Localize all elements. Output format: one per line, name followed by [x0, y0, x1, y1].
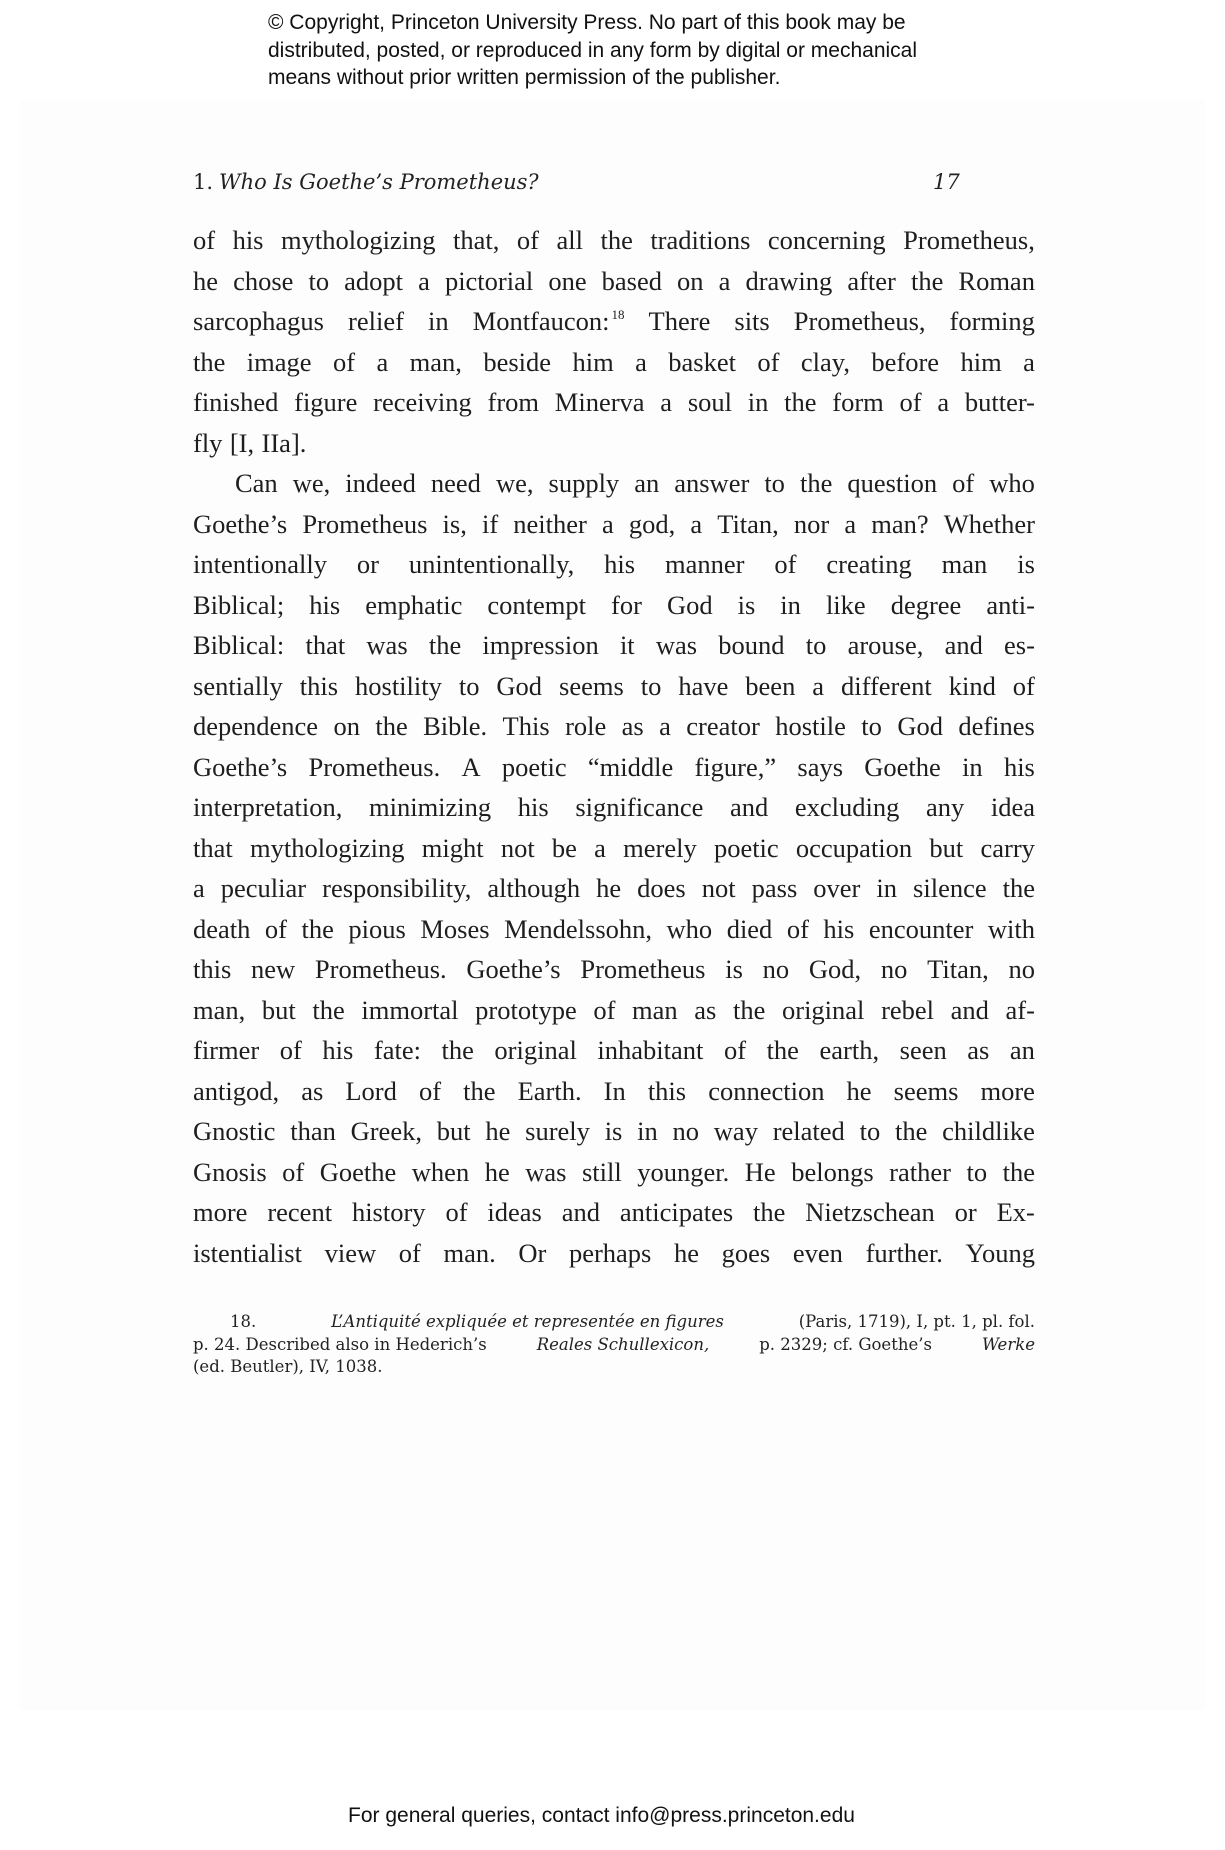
word: we,	[293, 463, 331, 504]
word: in	[780, 585, 801, 626]
word: rebel	[881, 990, 934, 1031]
word: his	[233, 220, 264, 261]
word: bound	[718, 625, 784, 666]
word: inhabitant	[597, 1030, 703, 1071]
word: “middle	[588, 747, 673, 788]
word: of	[280, 1030, 302, 1071]
word: es-	[1004, 625, 1035, 666]
word: istentialist	[193, 1233, 302, 1274]
word: is	[738, 585, 756, 626]
word: Prometheus.	[308, 747, 440, 788]
page-number: 17	[933, 170, 960, 194]
word: was	[366, 625, 407, 666]
word: of	[193, 220, 215, 261]
word: he	[485, 1111, 510, 1152]
word: of	[445, 1192, 467, 1233]
word: as	[967, 1030, 989, 1071]
word: Moses	[420, 909, 489, 950]
text-line: dependenceontheBible.Thisroleasacreatorh…	[193, 706, 1035, 747]
contact-footer: For general queries, contact info@press.…	[348, 1803, 888, 1829]
word: Titan,	[927, 949, 989, 990]
word: question	[847, 463, 937, 504]
word: Biblical:	[193, 625, 284, 666]
text-line: intentionallyorunintentionally,hismanner…	[193, 544, 1035, 585]
word: hostile	[775, 706, 846, 747]
word: of	[787, 909, 809, 950]
word: based	[602, 261, 662, 302]
word: pass	[752, 868, 798, 909]
word: role	[565, 706, 606, 747]
word: a	[660, 382, 672, 423]
word: Can	[235, 463, 278, 504]
word: the	[429, 625, 461, 666]
word: view	[325, 1233, 377, 1274]
word: figure,”	[694, 747, 776, 788]
word: the	[1003, 1152, 1035, 1193]
word: but	[929, 828, 963, 869]
word: God,	[809, 949, 861, 990]
word: Goethe	[320, 1152, 397, 1193]
footnote-line: (ed. Beutler), IV, 1038.	[193, 1356, 1035, 1379]
word: fly	[193, 423, 222, 464]
word: the	[442, 1030, 474, 1071]
word: as	[694, 990, 716, 1031]
body-text: ofhismythologizingthat,ofallthetradition…	[193, 220, 1035, 1273]
chapter-number: 1.	[193, 170, 213, 194]
word: after	[847, 261, 896, 302]
word: Prometheus	[302, 504, 427, 545]
word: of	[282, 1152, 304, 1193]
word: carry	[980, 828, 1034, 869]
word: contempt	[487, 585, 586, 626]
word: is,	[443, 504, 467, 545]
word: died	[727, 909, 773, 950]
word: from	[488, 382, 540, 423]
word: drawing	[745, 261, 832, 302]
word: that	[193, 828, 233, 869]
word: form	[832, 382, 884, 423]
text-line: Biblical;hisemphaticcontemptforGodisinli…	[193, 585, 1035, 626]
word: degree	[891, 585, 962, 626]
word: was	[656, 625, 697, 666]
word: in	[962, 747, 983, 788]
word: on	[333, 706, 360, 747]
text-line-with-footnote-ref: sarcophagusreliefinMontfaucon:18Theresit…	[193, 301, 1035, 342]
word: man?	[871, 504, 928, 545]
word: an	[1010, 1030, 1035, 1071]
word: arouse,	[848, 625, 924, 666]
word: sits	[734, 301, 769, 342]
copyright-line: distributed, posted, or reproduced in an…	[268, 37, 988, 65]
word: and	[951, 990, 989, 1031]
word: basket	[668, 342, 736, 383]
word: He	[745, 1152, 776, 1193]
word: beside	[483, 342, 551, 383]
word: of	[265, 909, 287, 950]
word: af-	[1006, 990, 1035, 1031]
word: Nietzschean	[805, 1192, 935, 1233]
word: Mendelssohn,	[504, 909, 652, 950]
word: it	[620, 625, 635, 666]
word: a	[418, 261, 430, 302]
word: Prometheus	[580, 949, 705, 990]
word: forming	[950, 301, 1035, 342]
word: perhaps	[569, 1233, 651, 1274]
word: of	[517, 220, 539, 261]
word: history	[352, 1192, 426, 1233]
word: new	[251, 949, 295, 990]
text-line: finishedfigurereceivingfromMinervaasouli…	[193, 382, 1035, 423]
word: pictorial	[445, 261, 533, 302]
word: Prometheus.	[315, 949, 447, 990]
word: peculiar	[221, 868, 306, 909]
text-line: antigod,asLordoftheEarth.Inthisconnectio…	[193, 1071, 1035, 1112]
word: more	[193, 1192, 247, 1233]
footnote-text: (ed. Beutler), IV, 1038.	[193, 1356, 383, 1379]
footnote-number: 18.	[230, 1311, 256, 1334]
word: Ex-	[997, 1192, 1035, 1233]
word: merely	[623, 828, 697, 869]
word: the	[1003, 868, 1035, 909]
word: his	[823, 909, 854, 950]
word: encounter	[869, 909, 973, 950]
word: IIa].	[262, 423, 307, 464]
word: was	[525, 1152, 566, 1193]
word: as	[622, 706, 644, 747]
text-line: thatmythologizingmightnotbeamerelypoetic…	[193, 828, 1035, 869]
word: him	[961, 342, 1002, 383]
word: he	[596, 868, 621, 909]
word: supply	[549, 463, 620, 504]
footnote-title: Werke	[982, 1334, 1035, 1357]
word: the	[767, 1030, 799, 1071]
word: man	[942, 544, 988, 585]
word: have	[678, 666, 728, 707]
word: and	[945, 625, 983, 666]
word: does	[637, 868, 686, 909]
running-head: 1.Who Is Goethe’s Prometheus? 17	[193, 170, 1035, 204]
word: in	[748, 382, 769, 423]
word: of	[900, 382, 922, 423]
word: sentially	[193, 666, 283, 707]
footnote-title: Reales Schullexicon,	[537, 1334, 710, 1357]
word: in	[428, 301, 449, 342]
word: immortal	[361, 990, 458, 1031]
text-line: Biblical:thatwastheimpressionitwasboundt…	[193, 625, 1035, 666]
word: might	[422, 828, 484, 869]
text-line: hechosetoadoptapictorialonebasedonadrawi…	[193, 261, 1035, 302]
word: This	[503, 706, 550, 747]
word: Gnosis	[193, 1152, 267, 1193]
word: indeed	[345, 463, 416, 504]
word: the	[753, 1192, 785, 1233]
word: a	[844, 504, 856, 545]
word: Titan,	[717, 504, 779, 545]
word: idea	[991, 787, 1035, 828]
word: this	[300, 666, 338, 707]
text-line: thisnewPrometheus.Goethe’sPrometheusisno…	[193, 949, 1035, 990]
word: clay,	[801, 342, 850, 383]
word: original	[782, 990, 864, 1031]
word: a	[690, 504, 702, 545]
word: to	[861, 706, 882, 747]
word: for	[611, 585, 642, 626]
word: creating	[826, 544, 911, 585]
copyright-line: means without prior written permission o…	[268, 64, 988, 92]
word: of	[952, 463, 974, 504]
word: excluding	[795, 787, 900, 828]
word: chose	[233, 261, 293, 302]
word: the	[312, 990, 344, 1031]
word: one	[548, 261, 586, 302]
word: a	[937, 382, 949, 423]
footnote-text: p. 24. Described also in Hederich’s	[193, 1334, 487, 1357]
word: his	[604, 544, 635, 585]
word: interpretation,	[193, 787, 342, 828]
word: to	[966, 1152, 987, 1193]
word: goes	[722, 1233, 771, 1274]
word: a	[602, 504, 614, 545]
word: the	[895, 1111, 927, 1152]
word: prototype	[475, 990, 577, 1031]
word: In	[604, 1071, 626, 1112]
text-line: morerecenthistoryofideasandanticipatesth…	[193, 1192, 1035, 1233]
chapter-title: Who Is Goethe’s Prometheus?	[219, 170, 539, 194]
word: image	[247, 342, 312, 383]
word: no	[763, 949, 790, 990]
word: Minerva	[555, 382, 645, 423]
word: when	[412, 1152, 469, 1193]
word: childlike	[942, 1111, 1035, 1152]
word: responsibility,	[322, 868, 471, 909]
word: this	[193, 949, 231, 990]
word: of	[593, 990, 615, 1031]
word: finished	[193, 382, 278, 423]
word: a	[1023, 342, 1035, 383]
word: There	[649, 301, 711, 342]
word: Goethe’s	[193, 747, 287, 788]
word: Whether	[944, 504, 1035, 545]
footnote-line: 18. L’Antiquité expliquée et representée…	[193, 1311, 1035, 1334]
word: even	[793, 1233, 843, 1274]
word: rather	[889, 1152, 951, 1193]
word: defines	[958, 706, 1035, 747]
word: God	[667, 585, 713, 626]
word: a	[659, 706, 671, 747]
word: than	[290, 1111, 336, 1152]
word: a	[812, 666, 824, 707]
word: earth,	[819, 1030, 879, 1071]
word: different	[841, 666, 932, 707]
word: pious	[348, 909, 405, 950]
word: Greek,	[351, 1111, 422, 1152]
word: Prometheus,	[903, 220, 1035, 261]
word: the	[800, 463, 832, 504]
word: man.	[443, 1233, 495, 1274]
word: further.	[866, 1233, 943, 1274]
word: but	[262, 990, 296, 1031]
word: original	[494, 1030, 576, 1071]
word: sarcophagus	[193, 301, 324, 342]
word: death	[193, 909, 250, 950]
word: his	[322, 1030, 353, 1071]
text-line: GnosticthanGreek,buthesurelyisinnowayrel…	[193, 1111, 1035, 1152]
word: Lord	[345, 1071, 397, 1112]
word: Goethe’s	[466, 949, 560, 990]
word: seems	[894, 1071, 959, 1112]
word: the	[784, 382, 816, 423]
word: of	[419, 1071, 441, 1112]
word: surely	[525, 1111, 590, 1152]
word: he	[674, 1233, 699, 1274]
word: Gnostic	[193, 1111, 275, 1152]
word: he	[847, 1071, 872, 1112]
text-line: Goethe’sPrometheusis,ifneitheragod,aTita…	[193, 504, 1035, 545]
text-line: firmerofhisfate:theoriginalinhabitantoft…	[193, 1030, 1035, 1071]
word: man,	[410, 342, 462, 383]
word: Or	[518, 1233, 546, 1274]
word: he	[193, 261, 218, 302]
word: minimizing	[369, 787, 491, 828]
word: to	[641, 666, 662, 707]
word: the	[193, 342, 225, 383]
word: his	[518, 787, 549, 828]
word: receiving	[373, 382, 472, 423]
word: a	[193, 868, 205, 909]
word: [I,	[230, 423, 254, 464]
word: in	[637, 1111, 658, 1152]
word: Goethe’s	[193, 504, 287, 545]
word: answer	[674, 463, 749, 504]
word: traditions	[650, 220, 750, 261]
word: the	[911, 261, 943, 302]
word: man	[632, 990, 678, 1031]
word: younger.	[637, 1152, 729, 1193]
word: Earth.	[518, 1071, 582, 1112]
word: god,	[629, 504, 675, 545]
word: is	[1017, 544, 1035, 585]
word: his	[1004, 747, 1035, 788]
word: seems	[559, 666, 624, 707]
word: that,	[453, 220, 499, 261]
word: if	[482, 504, 498, 545]
word: an	[634, 463, 659, 504]
word: no	[673, 1111, 700, 1152]
word: although	[487, 868, 580, 909]
word: but	[437, 1111, 471, 1152]
word: or	[955, 1192, 977, 1233]
word: anti-	[986, 585, 1035, 626]
word: the	[463, 1071, 495, 1112]
word: seen	[900, 1030, 947, 1071]
word: not	[501, 828, 535, 869]
word: we,	[496, 463, 534, 504]
word: butter-	[965, 382, 1035, 423]
word: of	[399, 1233, 421, 1274]
word: to	[459, 666, 480, 707]
word: poetic	[502, 747, 567, 788]
word: says	[797, 747, 843, 788]
word: man,	[193, 990, 245, 1031]
word: any	[926, 787, 964, 828]
footnote-reference[interactable]: 18	[612, 307, 625, 322]
word: belongs	[791, 1152, 873, 1193]
word: kind	[949, 666, 996, 707]
word: to	[860, 1111, 881, 1152]
word: Roman	[958, 261, 1035, 302]
word: the	[302, 909, 334, 950]
word: in	[876, 868, 897, 909]
word: Bible.	[423, 706, 487, 747]
word: Biblical;	[193, 585, 284, 626]
word: creator	[686, 706, 760, 747]
word: manner	[665, 544, 744, 585]
word: relief	[348, 301, 404, 342]
footnotes: 18. L’Antiquité expliquée et representée…	[193, 1311, 1035, 1379]
word: recent	[267, 1192, 332, 1233]
word: of	[1013, 666, 1035, 707]
word: like	[826, 585, 866, 626]
word: significance	[575, 787, 703, 828]
text-line: Goethe’sPrometheus.Apoetic“middlefigure,…	[193, 747, 1035, 788]
word: no	[1008, 949, 1035, 990]
word: Goethe	[864, 747, 941, 788]
word: is	[725, 949, 743, 990]
word: nor	[794, 504, 829, 545]
word: A	[461, 747, 480, 788]
word: him	[572, 342, 613, 383]
word: Montfaucon:18	[473, 301, 625, 342]
footnote-title: L’Antiquité expliquée et representée en …	[331, 1311, 724, 1334]
word: the	[733, 990, 765, 1031]
text-line: sentiallythishostilitytoGodseemstohavebe…	[193, 666, 1035, 707]
word: not	[702, 868, 736, 909]
word: more	[980, 1071, 1034, 1112]
word: or	[357, 544, 379, 585]
word: occupation	[796, 828, 912, 869]
word: Prometheus,	[794, 301, 926, 342]
word: before	[871, 342, 939, 383]
word: connection	[708, 1071, 824, 1112]
word: still	[582, 1152, 622, 1193]
word: a	[376, 342, 388, 383]
copyright-notice: © Copyright, Princeton University Press.…	[268, 9, 988, 92]
word: fate:	[374, 1030, 421, 1071]
word: way	[714, 1111, 758, 1152]
word: that	[305, 625, 345, 666]
word: of	[333, 342, 355, 383]
word: unintentionally,	[409, 544, 574, 585]
word: this	[648, 1071, 686, 1112]
word: intentionally	[193, 544, 327, 585]
word: related	[773, 1111, 845, 1152]
word: mythologizing	[250, 828, 405, 869]
word: be	[552, 828, 577, 869]
word: Young	[965, 1233, 1035, 1274]
word: neither	[513, 504, 587, 545]
word: who	[667, 909, 713, 950]
word: to	[806, 625, 827, 666]
footnote-text: (Paris, 1719), I, pt. 1, pl. fol.	[799, 1311, 1035, 1334]
word: need	[431, 463, 481, 504]
word: mythologizing	[281, 220, 436, 261]
word: soul	[688, 382, 732, 423]
text-line: interpretation,minimizinghissignificance…	[193, 787, 1035, 828]
word: and	[730, 787, 768, 828]
text-line: deathofthepiousMosesMendelssohn,whodiedo…	[193, 909, 1035, 950]
word: who	[989, 463, 1035, 504]
word: anticipates	[620, 1192, 733, 1233]
